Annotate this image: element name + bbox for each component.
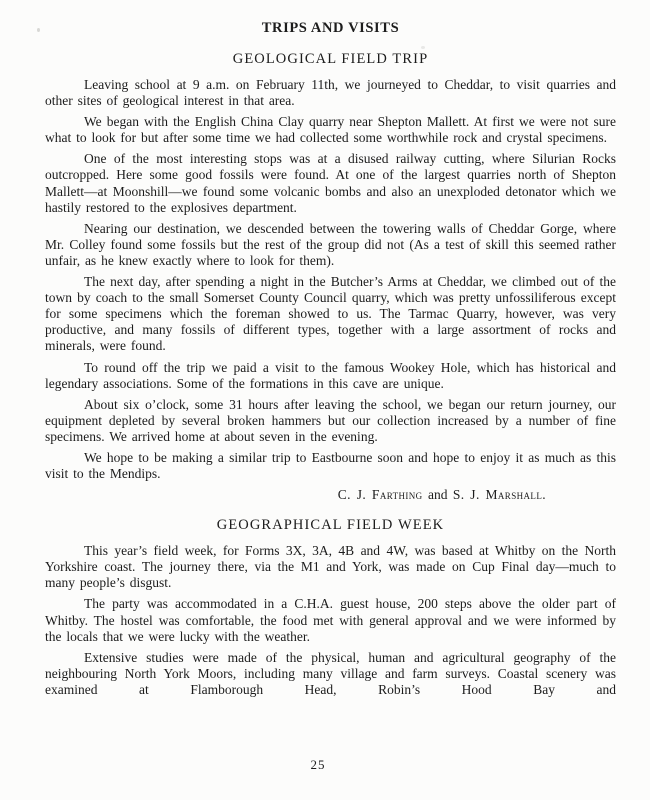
byline: C. J. Farthing and S. J. Marshall. bbox=[45, 487, 616, 503]
paragraph: To round off the trip we paid a visit to… bbox=[45, 360, 616, 392]
paragraph: Leaving school at 9 a.m. on February 11t… bbox=[45, 77, 616, 109]
section-geographical-field-week: GEOGRAPHICAL FIELD WEEK This year’s fiel… bbox=[45, 517, 616, 698]
section-geological-field-trip: GEOLOGICAL FIELD TRIP Leaving school at … bbox=[45, 51, 616, 503]
byline-conjunction: and bbox=[428, 487, 448, 502]
document-page: TRIPS AND VISITS GEOLOGICAL FIELD TRIP L… bbox=[0, 0, 650, 800]
scan-artifact bbox=[421, 46, 425, 49]
section-heading-geographical: GEOGRAPHICAL FIELD WEEK bbox=[45, 517, 616, 534]
author-name: S. J. Marshall. bbox=[453, 487, 546, 502]
scan-artifact bbox=[37, 28, 40, 32]
paragraph: We hope to be making a similar trip to E… bbox=[45, 450, 616, 482]
paragraph: Extensive studies were made of the physi… bbox=[45, 650, 616, 698]
scan-artifact bbox=[393, 455, 396, 458]
paragraph: This year’s field week, for Forms 3X, 3A… bbox=[45, 543, 616, 591]
paragraph: The party was accommodated in a C.H.A. g… bbox=[45, 596, 616, 644]
section-heading-geological: GEOLOGICAL FIELD TRIP bbox=[45, 51, 616, 68]
paragraph: The next day, after spending a night in … bbox=[45, 274, 616, 354]
paragraph: About six o’clock, some 31 hours after l… bbox=[45, 397, 616, 445]
paragraph: One of the most interesting stops was at… bbox=[45, 151, 616, 215]
page-title: TRIPS AND VISITS bbox=[45, 20, 616, 37]
paragraph: We began with the English China Clay qua… bbox=[45, 114, 616, 146]
paragraph: Nearing our destination, we descended be… bbox=[45, 221, 616, 269]
page-number: 25 bbox=[0, 757, 636, 773]
author-name: C. J. Farthing bbox=[338, 487, 423, 502]
